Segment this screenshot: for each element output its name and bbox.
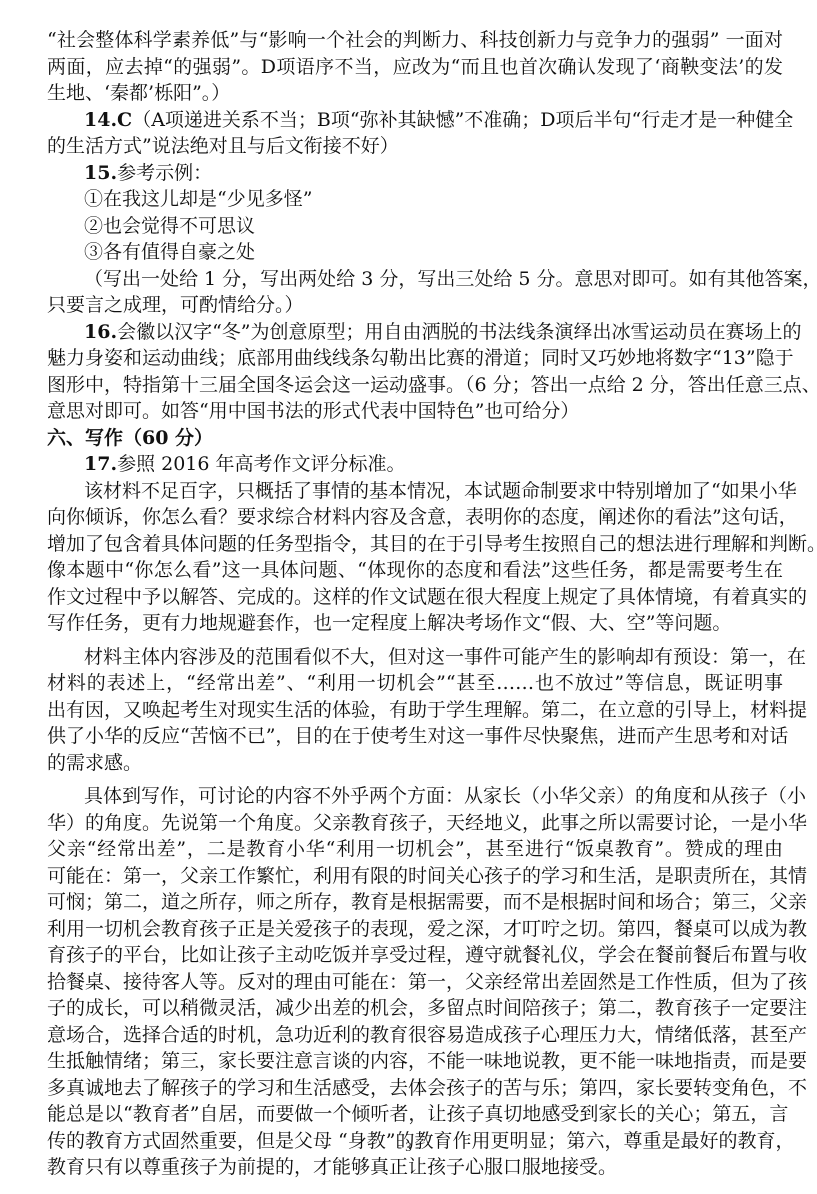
text-line: 父亲“经常出差”，二是教育小华“利用一切机会”，甚至进行“饭桌教育”。赞成的理由 bbox=[47, 836, 783, 863]
text-line: 写作任务，更有力地规避套作，也一定程度上解决考场作文“假、大、空”等问题。 bbox=[47, 610, 783, 637]
example-item: ①在我这儿却是“少见多怪” bbox=[47, 186, 783, 213]
text-line: 向你倾诉，你怎么看？要求综合材料内容及含意，表明你的态度，阐述你的看法”这句话， bbox=[47, 504, 783, 531]
paragraph-spacer bbox=[47, 776, 783, 783]
text-line: 育孩子的平台，比如让孩子主动吃饭并享受过程，遵守就餐礼仪，学会在餐前餐后布置与收 bbox=[47, 942, 783, 969]
text-line: 利用一切机会教育孩子正是关爱孩子的表现，爱之深，才叮咛之切。第四，餐桌可以成为教 bbox=[47, 916, 783, 943]
text-line: 两面，应去掉“的强弱”。D项语序不当，应改为“而且也首次确认发现了‘商鞅变法’的… bbox=[47, 54, 783, 81]
text-line: 出有因，又唤起考生对现实生活的体验，有助于学生理解。第二，在立意的引导上，材料提 bbox=[47, 697, 783, 724]
text-line: 的需求感。 bbox=[47, 750, 783, 777]
text-line: 华）的角度。先说第一个角度。父亲教育孩子，天经地义，此事之所以需要讨论，一是小华 bbox=[47, 810, 783, 837]
question-number: 15. bbox=[84, 162, 117, 184]
paragraph: 该材料不足百字，只概括了事情的基本情况，本试题命制要求中特别增加了“如果小华 向… bbox=[47, 478, 783, 637]
question-number: 16. bbox=[84, 321, 117, 343]
text-line: 生抵触情绪；第三，家长要注意言谈的内容，不能一味地说教，更不能一味地指责，而是要 bbox=[47, 1048, 783, 1075]
question-number: 17. bbox=[84, 453, 117, 475]
q17-answer: 17.参照 2016 年高考作文评分标准。 该材料不足百字，只概括了事情的基本情… bbox=[47, 451, 783, 1181]
text-line: 的生活方式”说法绝对且与后文衔接不好） bbox=[47, 133, 783, 160]
section-heading: 六、写作（60 分） bbox=[47, 425, 783, 452]
text-line: 增加了包含着具体问题的任务型指令，其目的在于引导考生按照自己的想法进行理解和判断… bbox=[47, 531, 783, 558]
text-line: 17.参照 2016 年高考作文评分标准。 bbox=[47, 451, 783, 478]
text-line: 能总是以“教育者”自居，而要做一个倾听者，让孩子真切地感受到家长的关心；第五，言 bbox=[47, 1101, 783, 1128]
text-line: 教育只有以尊重孩子为前提的，才能够真正让孩子心服口服地接受。 bbox=[47, 1154, 783, 1181]
text-line: 多真诚地去了解孩子的学习和生活感受，去体会孩子的苦与乐；第四，家长要转变角色，不 bbox=[47, 1075, 783, 1102]
text-line: 图形中，特指第十三届全国冬运会这一运动盛事。（6 分；答出一点给 2 分，答出任… bbox=[47, 372, 783, 399]
scoring-note: （写出一处给 1 分，写出两处给 3 分，写出三处给 5 分。意思对即可。如有其… bbox=[47, 266, 783, 293]
text-line: 生地、‘秦都’栎阳”。） bbox=[47, 80, 783, 107]
q13-answer-continuation: “社会整体科学素养低”与“影响一个社会的判断力、科技创新力与竞争力的强弱” 一面… bbox=[47, 27, 783, 107]
page-number: - 3 - bbox=[0, 1139, 817, 1155]
text-line: 该材料不足百字，只概括了事情的基本情况，本试题命制要求中特别增加了“如果小华 bbox=[47, 478, 783, 505]
q15-answer: 15.参考示例： ①在我这儿却是“少见多怪” ②也会觉得不可思议 ③各有值得自豪… bbox=[47, 160, 783, 319]
text-line: 拾餐桌、接待客人等。反对的理由可能在：第一，父亲经常出差固然是工作性质，但为了孩 bbox=[47, 969, 783, 996]
text-line: 可悯；第二，道之所存，师之所存，教育是根据需要，而不是根据时间和场合；第三，父亲 bbox=[47, 889, 783, 916]
paragraph-spacer bbox=[47, 637, 783, 644]
answer-heading: 参照 2016 年高考作文评分标准。 bbox=[117, 453, 405, 475]
text-line: 16.会徽以汉字“冬”为创意原型；用自由洒脱的书法线条演绎出冰雪运动员在赛场上的 bbox=[47, 319, 783, 346]
text-line: 供了小华的反应“苦恼不已”，目的在于使考生对这一事件尽快聚焦，进而产生思考和对话 bbox=[47, 723, 783, 750]
q16-answer: 16.会徽以汉字“冬”为创意原型；用自由洒脱的书法线条演绎出冰雪运动员在赛场上的… bbox=[47, 319, 783, 425]
text-line: 意思对即可。如答“用中国书法的形式代表中国特色”也可给分） bbox=[47, 398, 783, 425]
text-line: 材料主体内容涉及的范围看似不大，但对这一事件可能产生的影响却有预设：第一，在 bbox=[47, 644, 783, 671]
scoring-note: 只要言之成理，可酌情给分。） bbox=[47, 292, 783, 319]
text-line: 像本题中“你怎么看”这一具体问题、“体现你的态度和看法”这些任务，都是需要考生在 bbox=[47, 557, 783, 584]
text-line: 作文过程中予以解答、完成的。这样的作文试题在很大程度上规定了具体情境，有着真实的 bbox=[47, 584, 783, 611]
example-item: ③各有值得自豪之处 bbox=[47, 239, 783, 266]
text-line: “社会整体科学素养低”与“影响一个社会的判断力、科技创新力与竞争力的强弱” 一面… bbox=[47, 27, 783, 54]
text-line: 材料的表述上，“经常出差”、“利用一切机会”“甚至……也不放过”等信息，既证明事 bbox=[47, 670, 783, 697]
text-line: 15.参考示例： bbox=[47, 160, 783, 187]
example-item: ②也会觉得不可思议 bbox=[47, 213, 783, 240]
document-page: “社会整体科学素养低”与“影响一个社会的判断力、科技创新力与竞争力的强弱” 一面… bbox=[47, 27, 783, 1181]
paragraph: 具体到写作，可讨论的内容不外乎两个方面：从家长（小华父亲）的角度和从孩子（小 华… bbox=[47, 783, 783, 1181]
answer-text: 会徽以汉字“冬”为创意原型；用自由洒脱的书法线条演绎出冰雪运动员在赛场上的 bbox=[117, 321, 801, 343]
q14-answer: 14.C（A项递进关系不当；B项“弥补其缺憾”不准确；D项后半句“行走才是一种健… bbox=[47, 107, 783, 160]
paragraph: 材料主体内容涉及的范围看似不大，但对这一事件可能产生的影响却有预设：第一，在 材… bbox=[47, 644, 783, 777]
text-line: 魅力身姿和运动曲线；底部用曲线线条勾勒出比赛的滑道；同时又巧妙地将数字“13”隐… bbox=[47, 345, 783, 372]
text-line: 意场合，选择合适的时机，急功近利的教育很容易造成孩子心理压力大，情绪低落，甚至产 bbox=[47, 1022, 783, 1049]
text-line: 可能在：第一，父亲工作繁忙，利用有限的时间关心孩子的学习和生活，是职责所在，其情 bbox=[47, 863, 783, 890]
text-line: 子的成长，可以稍微灵活，减少出差的机会，多留点时间陪孩子；第二，教育孩子一定要注 bbox=[47, 995, 783, 1022]
text-line: 14.C（A项递进关系不当；B项“弥补其缺憾”不准确；D项后半句“行走才是一种健… bbox=[47, 107, 783, 134]
answer-text: （A项递进关系不当；B项“弥补其缺憾”不准确；D项后半句“行走才是一种健全 bbox=[132, 109, 793, 131]
answer-heading: 参考示例： bbox=[117, 162, 212, 184]
question-number: 14.C bbox=[84, 109, 132, 131]
text-line: 具体到写作，可讨论的内容不外乎两个方面：从家长（小华父亲）的角度和从孩子（小 bbox=[47, 783, 783, 810]
